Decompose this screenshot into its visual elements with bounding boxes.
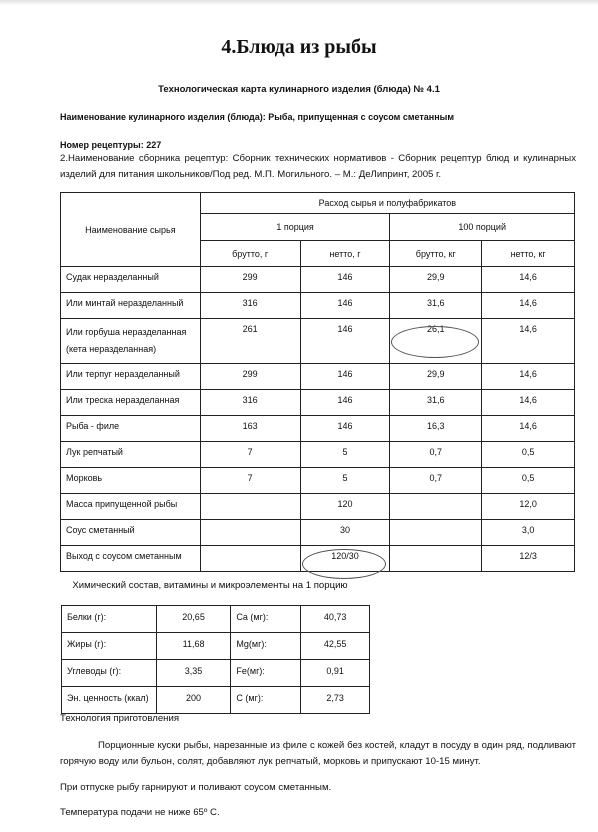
cell-ingredient-name: Соус сметанный	[61, 520, 201, 546]
cell-gross-kg	[390, 494, 482, 520]
cell-ingredient-name: Или минтай неразделанный	[61, 293, 201, 319]
cell-ingredient-name: Судак неразделанный	[61, 267, 201, 293]
header-net-kg: нетто, кг	[482, 241, 575, 267]
cell-nutrient-label: Белки (г):	[62, 606, 157, 633]
cell-net-g: 5	[300, 468, 390, 494]
cell-gross-g: 299	[200, 364, 300, 390]
cell-mineral-label: C (мг):	[231, 687, 301, 714]
cell-net-kg: 0,5	[482, 442, 575, 468]
cell-gross-kg: 29,9	[390, 364, 482, 390]
table-row: Масса припущенной рыбы12012,0	[61, 494, 575, 520]
header-net-g: нетто, г	[300, 241, 390, 267]
cell-gross-kg: 31,6	[390, 390, 482, 416]
cell-ingredient-name: Или терпуг неразделанный	[61, 364, 201, 390]
header-ingredient-name: Наименование сырья	[61, 193, 201, 267]
cell-gross-g	[200, 520, 300, 546]
cell-net-kg: 14,6	[482, 390, 575, 416]
section-title: 4.Блюда из рыбы	[0, 36, 598, 59]
table-row: Или терпуг неразделанный29914629,914,6	[61, 364, 575, 390]
cell-net-g: 120/30	[300, 546, 390, 572]
chemical-table: Белки (г):20,65Ca (мг):40,73Жиры (г):11,…	[61, 605, 370, 714]
cell-mineral-value: 42,55	[301, 633, 370, 660]
cell-ingredient-name: Рыба - филе	[61, 416, 201, 442]
cell-gross-kg	[390, 546, 482, 572]
recipe-collection-line: 2.Наименование сборника рецептур: Сборни…	[60, 151, 576, 183]
table-row: Рыба - филе16314616,314,6	[61, 416, 575, 442]
cell-nutrient-value: 200	[156, 687, 231, 714]
cell-gross-kg	[390, 520, 482, 546]
cell-net-kg: 3,0	[482, 520, 575, 546]
cell-net-kg: 14,6	[482, 364, 575, 390]
header-gross-g: брутто, г	[200, 241, 300, 267]
cell-net-kg: 12/3	[482, 546, 575, 572]
table-row: Жиры (г):11,68Mg(мг):42,55	[62, 633, 370, 660]
cell-nutrient-label: Эн. ценность (ккал)	[62, 687, 157, 714]
header-gross-kg: брутто, кг	[390, 241, 482, 267]
cell-net-kg: 0,5	[482, 468, 575, 494]
table-row: Морковь750,70,5	[61, 468, 575, 494]
cell-gross-g: 261	[200, 319, 300, 364]
cell-gross-kg: 0,7	[390, 468, 482, 494]
cell-gross-g	[200, 546, 300, 572]
card-title: Технологическая карта кулинарного издели…	[0, 84, 598, 95]
cell-gross-g: 7	[200, 442, 300, 468]
cell-gross-g	[200, 494, 300, 520]
cell-gross-g: 316	[200, 390, 300, 416]
cell-net-g: 146	[300, 390, 390, 416]
cell-mineral-value: 40,73	[301, 606, 370, 633]
cell-net-g: 5	[300, 442, 390, 468]
cell-net-g: 146	[300, 364, 390, 390]
table-row: Эн. ценность (ккал)200C (мг):2,73	[62, 687, 370, 714]
cell-ingredient-name: Или горбуша неразделанная (кета нераздел…	[61, 319, 201, 364]
cell-net-kg: 14,6	[482, 416, 575, 442]
cell-net-kg: 14,6	[482, 267, 575, 293]
cell-net-g: 146	[300, 267, 390, 293]
cell-gross-kg: 0,7	[390, 442, 482, 468]
serving-note: При отпуске рыбу гарнируют и поливают со…	[60, 780, 576, 796]
cell-net-g: 120	[300, 494, 390, 520]
technology-heading: Технология приготовления	[60, 713, 179, 724]
table-row: Или минтай неразделанный31614631,614,6	[61, 293, 575, 319]
scan-bleed-edge	[0, 0, 598, 6]
serving-temperature: Температура подачи не ниже 65º С.	[60, 805, 576, 821]
ingredients-table: Наименование сырья Расход сырья и полуфа…	[60, 192, 575, 572]
cell-ingredient-name: Морковь	[61, 468, 201, 494]
technology-paragraph: Порционные куски рыбы, нарезанные из фил…	[60, 738, 576, 770]
cell-nutrient-label: Жиры (г):	[62, 633, 157, 660]
cell-net-g: 30	[300, 520, 390, 546]
cell-gross-kg: 16,3	[390, 416, 482, 442]
cell-mineral-value: 0,91	[301, 660, 370, 687]
table-row: Соус сметанный303,0	[61, 520, 575, 546]
cell-ingredient-name: Масса припущенной рыбы	[61, 494, 201, 520]
cell-nutrient-value: 3,35	[156, 660, 231, 687]
cell-nutrient-label: Углеводы (г):	[62, 660, 157, 687]
cell-mineral-value: 2,73	[301, 687, 370, 714]
cell-mineral-label: Mg(мг):	[231, 633, 301, 660]
table-row: Или горбуша неразделанная (кета нераздел…	[61, 319, 575, 364]
table-row: Лук репчатый750,70,5	[61, 442, 575, 468]
cell-ingredient-name: Или треска неразделанная	[61, 390, 201, 416]
cell-gross-kg: 26,1	[390, 319, 482, 364]
recipe-number-line: Номер рецептуры: 227	[60, 140, 161, 150]
cell-net-g: 146	[300, 319, 390, 364]
cell-mineral-label: Ca (мг):	[231, 606, 301, 633]
cell-gross-g: 163	[200, 416, 300, 442]
header-hundred-portions: 100 порций	[390, 214, 575, 241]
cell-net-kg: 12,0	[482, 494, 575, 520]
header-one-portion: 1 порция	[200, 214, 390, 241]
table-row: Судак неразделанный29914629,914,6	[61, 267, 575, 293]
cell-nutrient-value: 11,68	[156, 633, 231, 660]
cell-net-g: 146	[300, 416, 390, 442]
table-row: Углеводы (г):3,35Fe(мг):0,91	[62, 660, 370, 687]
cell-mineral-label: Fe(мг):	[231, 660, 301, 687]
cell-net-kg: 14,6	[482, 319, 575, 364]
cell-net-g: 146	[300, 293, 390, 319]
cell-gross-kg: 29,9	[390, 267, 482, 293]
chemical-caption: Химический состав, витамины и микроэлеме…	[0, 580, 420, 591]
table-row: Или треска неразделанная31614631,614,6	[61, 390, 575, 416]
cell-gross-g: 316	[200, 293, 300, 319]
cell-gross-kg: 31,6	[390, 293, 482, 319]
cell-ingredient-name: Выход с соусом сметанным	[61, 546, 201, 572]
cell-gross-g: 299	[200, 267, 300, 293]
cell-net-kg: 14,6	[482, 293, 575, 319]
header-consumption: Расход сырья и полуфабрикатов	[200, 193, 574, 214]
table-row: Выход с соусом сметанным120/3012/3	[61, 546, 575, 572]
table-row: Белки (г):20,65Ca (мг):40,73	[62, 606, 370, 633]
cell-nutrient-value: 20,65	[156, 606, 231, 633]
dish-name-line: Наименование кулинарного изделия (блюда)…	[60, 112, 454, 122]
cell-ingredient-name: Лук репчатый	[61, 442, 201, 468]
cell-gross-g: 7	[200, 468, 300, 494]
